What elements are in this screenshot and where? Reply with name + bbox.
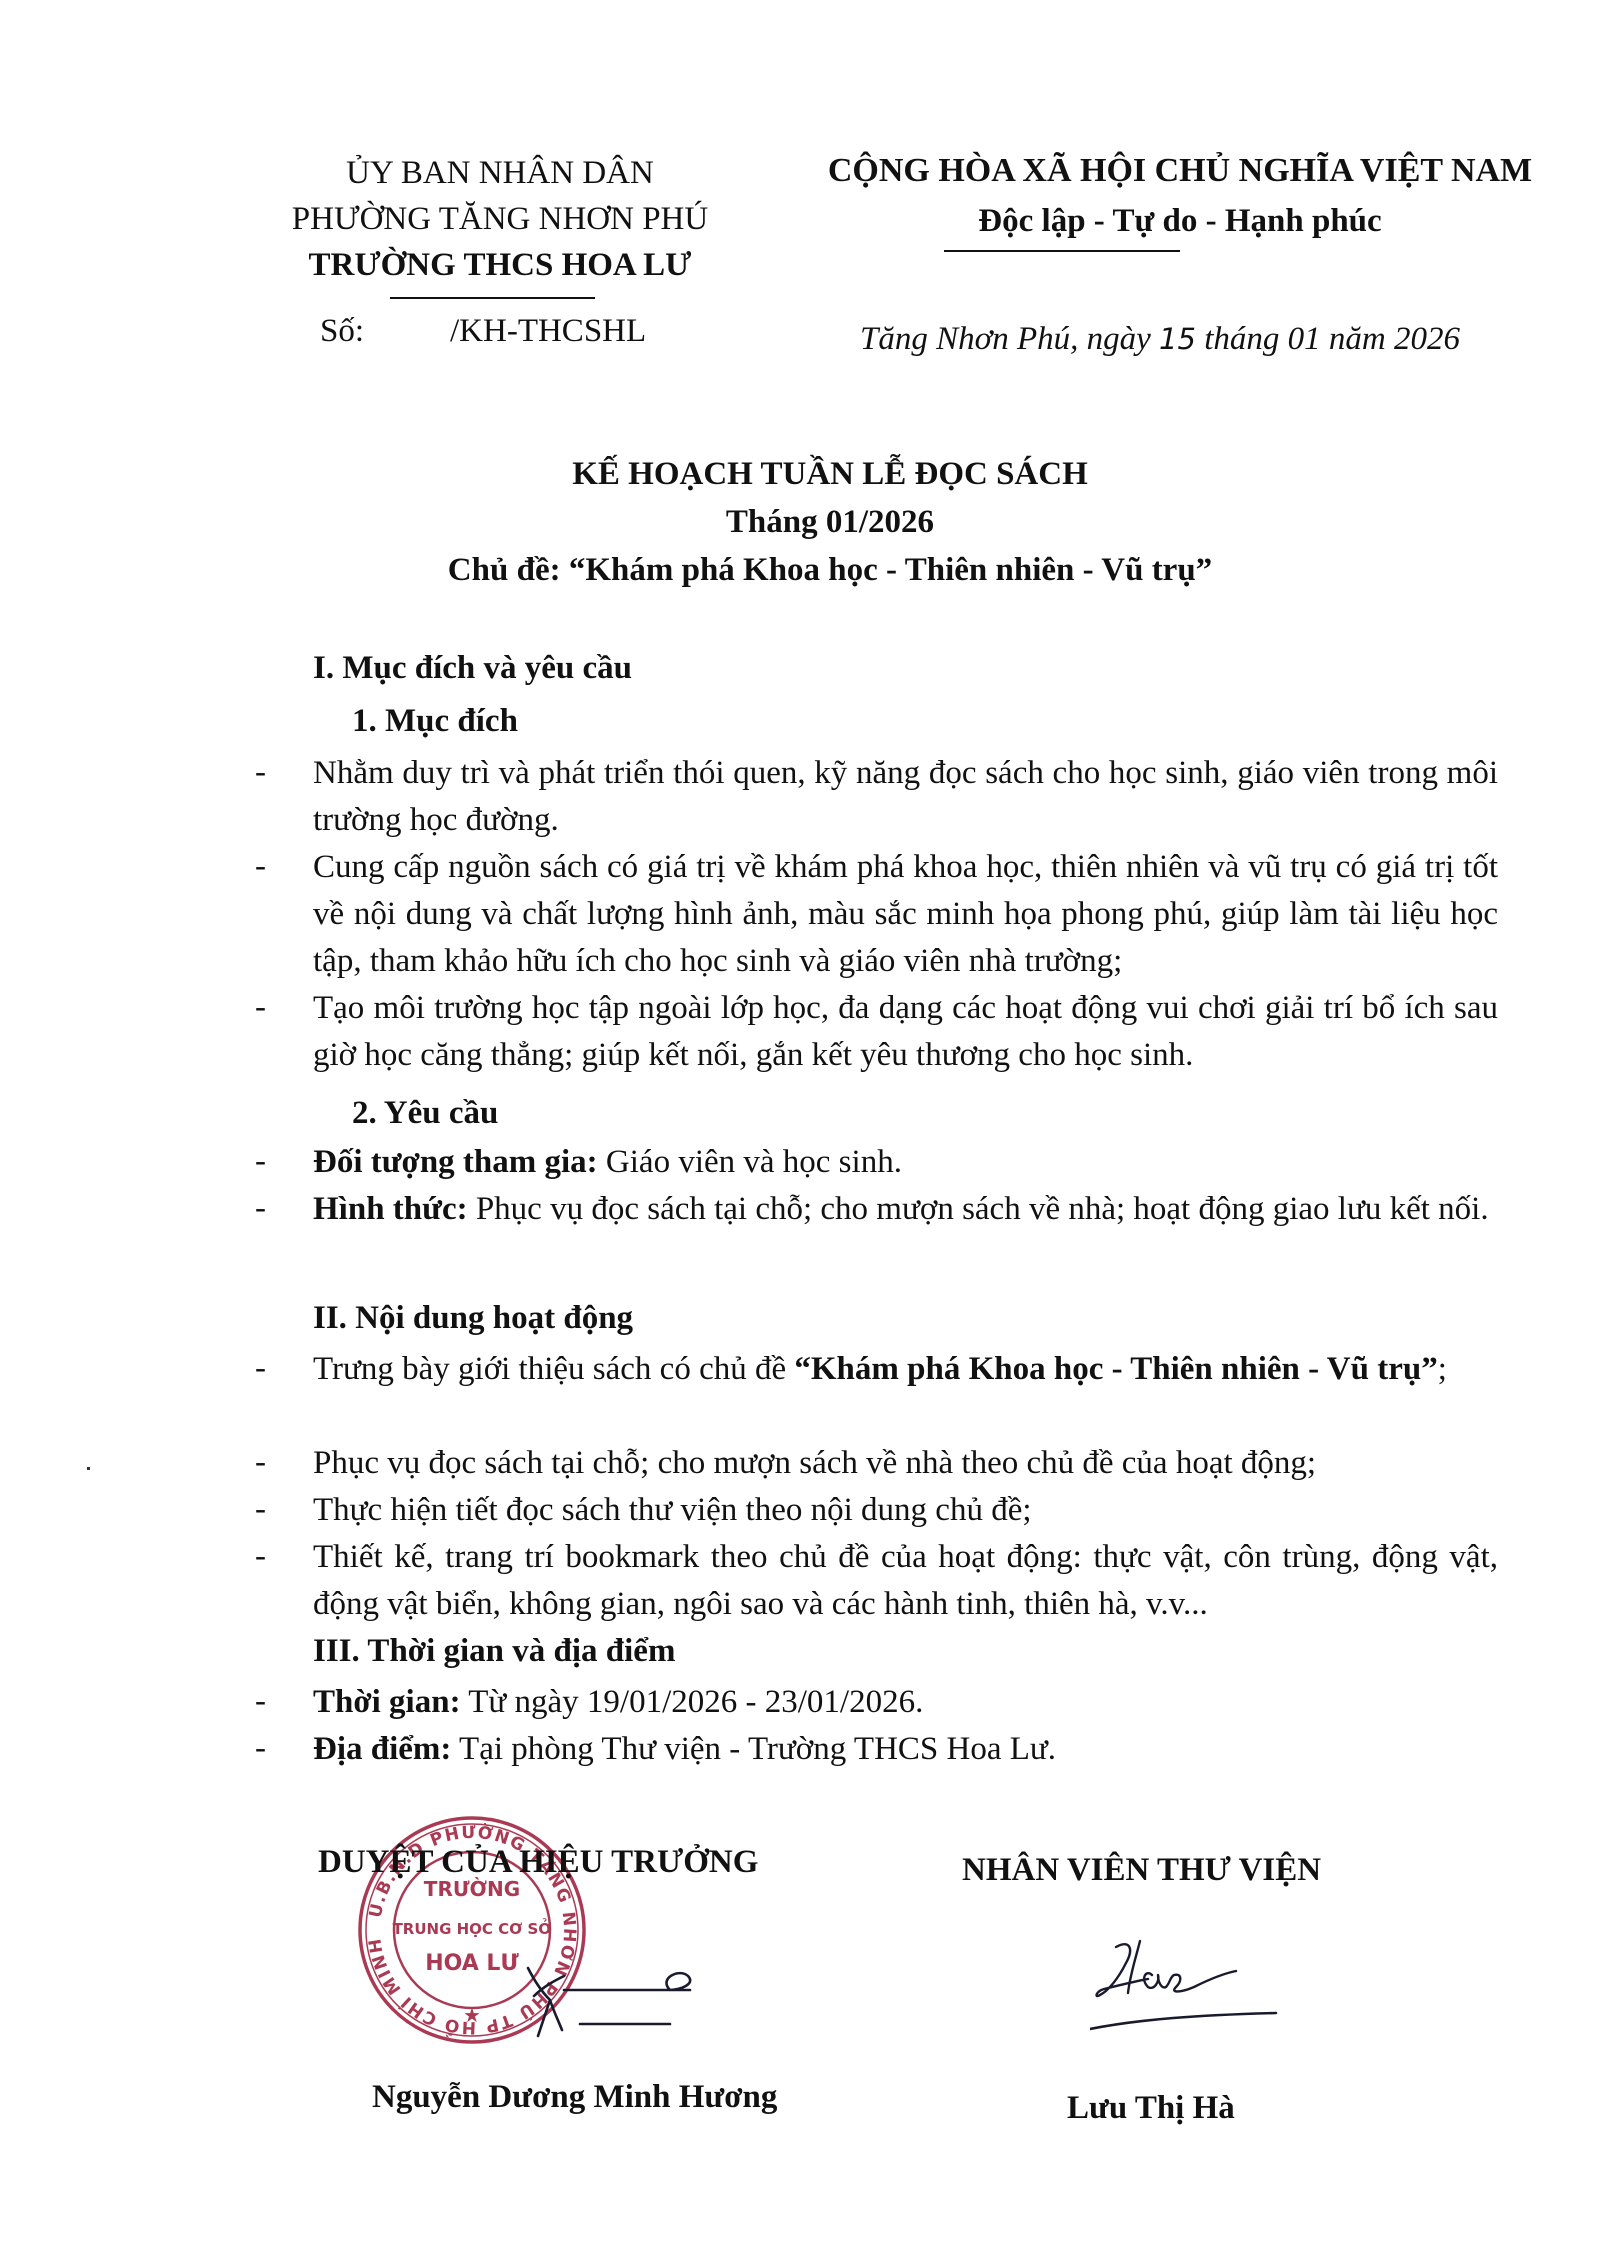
document-number: Số:/KH-THCSHL — [320, 308, 646, 354]
bullet-marker: - — [255, 848, 266, 885]
date-day: 15 — [1159, 322, 1196, 356]
section-1-2-heading: 2. Yêu cầu — [352, 1090, 498, 1136]
list-item: Phục vụ đọc sách tại chỗ; cho mượn sách … — [313, 1440, 1498, 1487]
header-right-divider — [944, 250, 1180, 252]
section-1-1-heading: 1. Mục đích — [352, 698, 518, 744]
item-text: Giáo viên và học sinh. — [598, 1144, 902, 1180]
item-label: Địa điểm: — [313, 1731, 451, 1767]
date-suffix: tháng 01 năm 2026 — [1196, 321, 1460, 357]
list-item: Cung cấp nguồn sách có giá trị về khám p… — [313, 844, 1498, 985]
list-item: Thời gian: Từ ngày 19/01/2026 - 23/01/20… — [313, 1679, 1498, 1726]
stamp-line-2: TRUNG HỌC CƠ SỞ — [393, 1917, 552, 1938]
date-prefix: Tăng Nhơn Phú, ngày — [860, 321, 1159, 357]
stamp-line-3: HOA LƯ — [425, 1951, 519, 1976]
title-line-2: Tháng 01/2026 — [300, 498, 1360, 546]
list-item: Thiết kế, trang trí bookmark theo chủ đề… — [313, 1534, 1498, 1628]
national-motto: Độc lập - Tự do - Hạnh phúc — [800, 196, 1560, 246]
bullet-marker: - — [255, 989, 266, 1026]
list-item: Thực hiện tiết đọc sách thư viện theo nộ… — [313, 1487, 1498, 1534]
title-line-1: KẾ HOẠCH TUẦN LỄ ĐỌC SÁCH — [300, 450, 1360, 498]
bullet-marker: - — [255, 1683, 266, 1720]
school-name: TRƯỜNG THCS HOA LƯ — [240, 242, 760, 288]
bullet-marker: - — [255, 1538, 266, 1575]
list-item: Tạo môi trường học tập ngoài lớp học, đa… — [313, 985, 1498, 1079]
principal-approval-title: DUYỆT CỦA HIỆU TRƯỞNG — [318, 1839, 758, 1885]
librarian-name: Lưu Thị Hà — [1067, 2085, 1235, 2131]
item-text: Phục vụ đọc sách tại chỗ; cho mượn sách … — [468, 1191, 1489, 1227]
section-2-heading: II. Nội dung hoạt động — [313, 1295, 633, 1341]
theme-name: “Khám phá Khoa học - Thiên nhiên - Vũ tr… — [794, 1351, 1437, 1387]
librarian-title: NHÂN VIÊN THƯ VIỆN — [962, 1847, 1321, 1893]
country-name: CỘNG HÒA XÃ HỘI CHỦ NGHĨA VIỆT NAM — [800, 146, 1560, 196]
document-title: KẾ HOẠCH TUẦN LỄ ĐỌC SÁCH Tháng 01/2026 … — [300, 450, 1360, 594]
bullet-marker: - — [255, 1143, 266, 1180]
item-label: Thời gian: — [313, 1684, 461, 1720]
bullet-marker: - — [255, 1491, 266, 1528]
section-1-heading: I. Mục đích và yêu cầu — [313, 645, 632, 691]
item-label: Đối tượng tham gia: — [313, 1144, 598, 1180]
header-left-divider — [390, 297, 595, 299]
list-item: Đối tượng tham gia: Giáo viên và học sin… — [313, 1139, 1498, 1186]
bullet-marker: - — [255, 1444, 266, 1481]
item-text: Trưng bày giới thiệu sách có chủ đề — [313, 1351, 794, 1387]
scan-speck — [87, 1467, 90, 1470]
bullet-marker: - — [255, 1350, 266, 1387]
bullet-marker: - — [255, 754, 266, 791]
item-label: Hình thức: — [313, 1191, 468, 1227]
list-item: Hình thức: Phục vụ đọc sách tại chỗ; cho… — [313, 1186, 1498, 1233]
item-text: Từ ngày 19/01/2026 - 23/01/2026. — [461, 1684, 924, 1720]
authority-line-2: PHƯỜNG TĂNG NHƠN PHÚ — [240, 196, 760, 242]
issuing-authority: ỦY BAN NHÂN DÂN PHƯỜNG TĂNG NHƠN PHÚ TRƯ… — [240, 150, 760, 288]
national-header: CỘNG HÒA XÃ HỘI CHỦ NGHĨA VIỆT NAM Độc l… — [800, 146, 1560, 246]
title-line-3: Chủ đề: “Khám phá Khoa học - Thiên nhiên… — [300, 546, 1360, 594]
list-item: Địa điểm: Tại phòng Thư viện - Trường TH… — [313, 1726, 1498, 1773]
stamp-star-icon: ★ — [463, 2005, 481, 2027]
bullet-marker: - — [255, 1190, 266, 1227]
item-tail: ; — [1438, 1351, 1447, 1387]
bullet-marker: - — [255, 1730, 266, 1767]
section-3-heading: III. Thời gian và địa điểm — [313, 1628, 675, 1674]
list-item: Trưng bày giới thiệu sách có chủ đề “Khá… — [313, 1346, 1498, 1393]
document-number-value: /KH-THCSHL — [450, 313, 646, 349]
document-number-label: Số: — [320, 308, 450, 354]
list-item: Nhằm duy trì và phát triển thói quen, kỹ… — [313, 750, 1498, 844]
librarian-signature — [1090, 1935, 1290, 2035]
authority-line-1: ỦY BAN NHÂN DÂN — [240, 150, 760, 196]
principal-signature — [520, 1960, 740, 2040]
item-text: Tại phòng Thư viện - Trường THCS Hoa Lư. — [451, 1731, 1056, 1767]
principal-name: Nguyễn Dương Minh Hương — [372, 2074, 777, 2120]
document-date: Tăng Nhơn Phú, ngày 15 tháng 01 năm 2026 — [860, 316, 1460, 362]
